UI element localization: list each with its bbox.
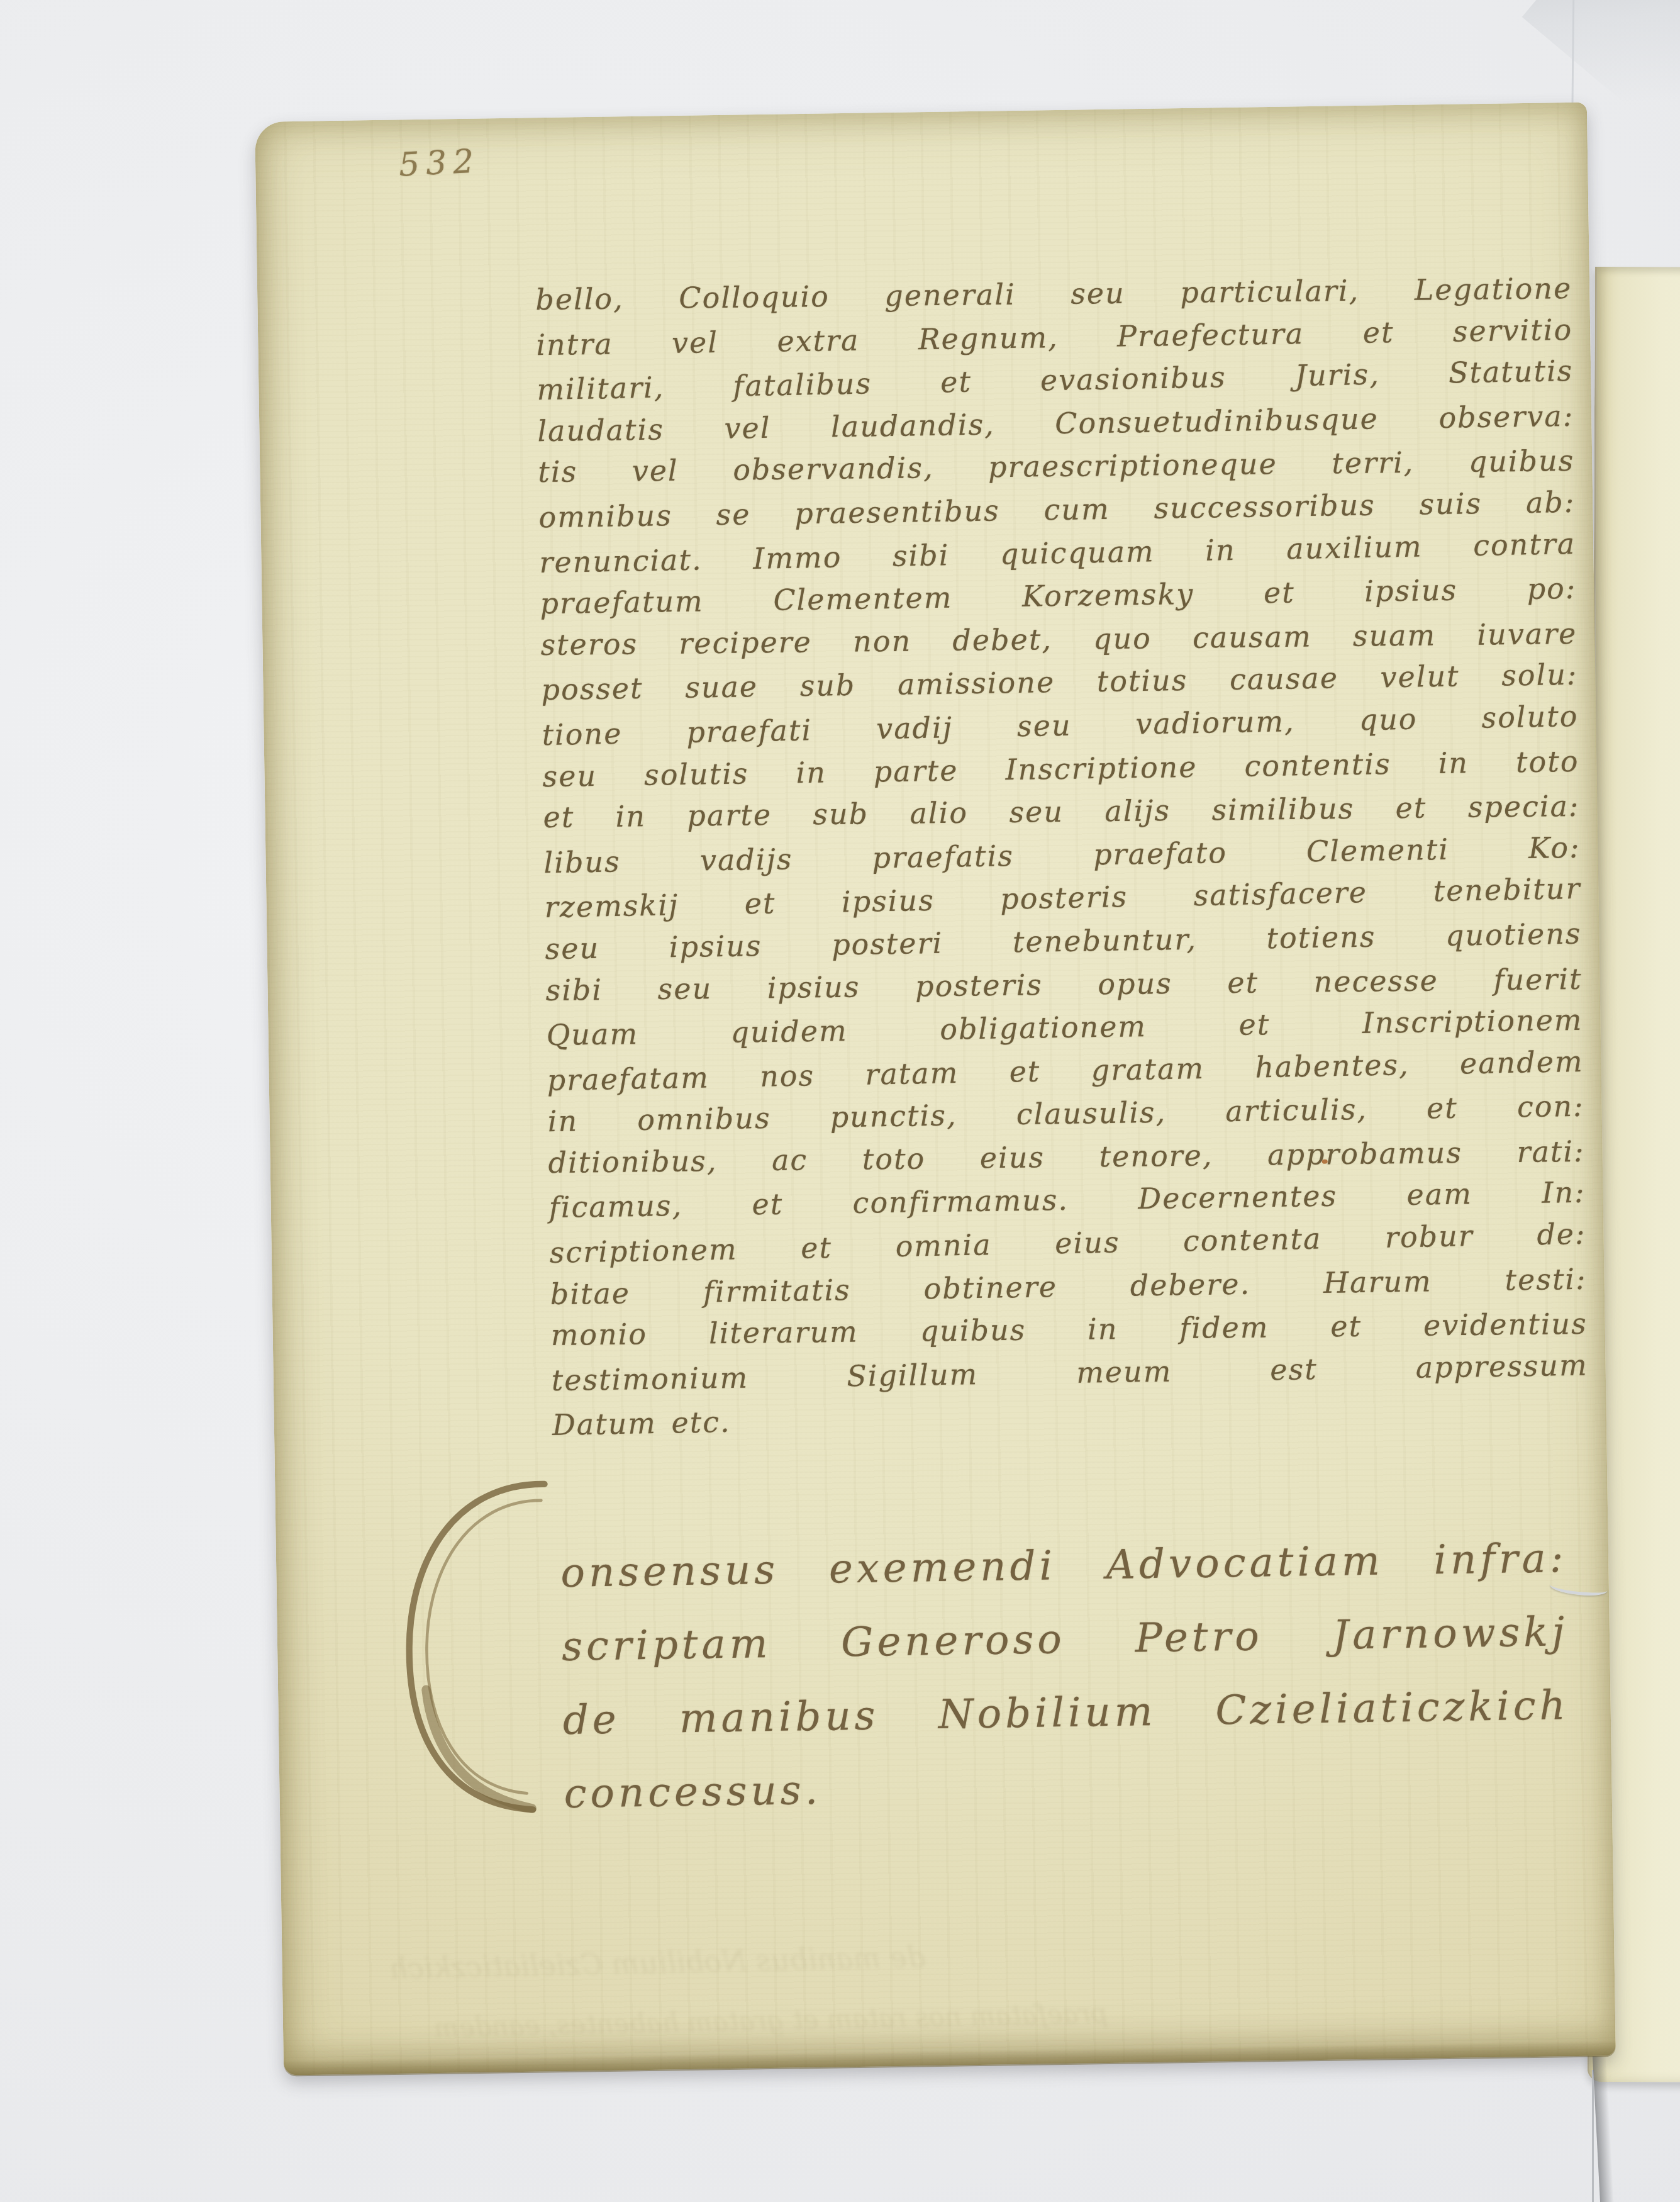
heading-line: concessus. (564, 1743, 1571, 1831)
folio-number: 532 (398, 145, 481, 181)
heading-block: onsensus exemendi Advocatiam infra: scri… (560, 1522, 1571, 1831)
heading-line: de manibus Nobilium Czieliaticzkich (562, 1669, 1570, 1758)
bleed-through-text: praefatam nos ratam et gratam habentes, … (433, 1994, 1108, 2047)
page-spine-line (1592, 2070, 1594, 2202)
body-text-block: bello, Colloquio generali seu particular… (535, 265, 1589, 1445)
initial-letter-c (388, 1461, 569, 1835)
manuscript-page: 532 bello, Colloquio generali seu partic… (255, 102, 1616, 2075)
bleed-through-text: de manibus Nobilium Czieliaticzkich (389, 1938, 926, 1987)
